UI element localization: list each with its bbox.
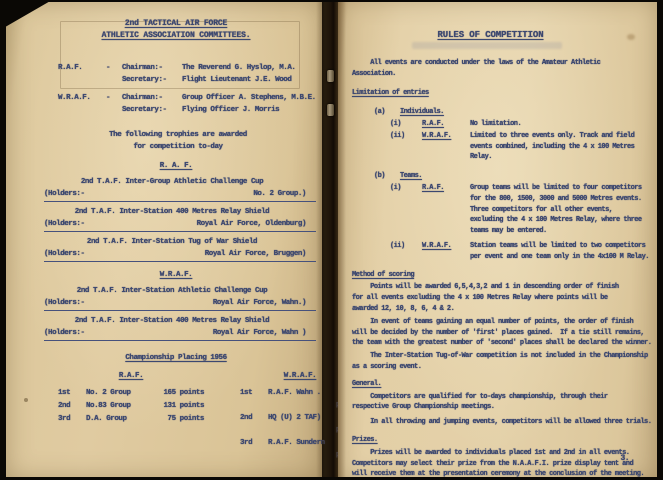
- holders-value: Royal Air Force, Wahn.): [213, 297, 306, 309]
- staple-icon: [327, 70, 334, 82]
- trophy-entry: 2nd T.A.F. Inter-Group Athletic Challeng…: [6, 176, 322, 202]
- holders-label: (Holders:-: [44, 327, 85, 339]
- trophy-holders-line: (Holders:- Royal Air Force, Wahn.): [44, 297, 316, 311]
- item-number: (i): [390, 119, 422, 130]
- general-paragraph-1: Competitors are qualified for to-days ch…: [352, 392, 649, 414]
- right-page: RULES OF COMPETITION All events are cond…: [338, 0, 657, 480]
- rules-intro: All events are conducted under the laws …: [352, 58, 649, 80]
- method-paragraph-3: The Inter-Station Tug-of-War competition…: [352, 351, 649, 373]
- committees-section: R.A.F. - Chairman:- The Reverend G. Hysl…: [6, 62, 322, 116]
- trophy-entry: 2nd T.A.F. Inter-Station Tug of War Shie…: [6, 236, 322, 262]
- item-number: (i): [390, 183, 422, 194]
- holders-value: Royal Air Force, Oldenburg): [197, 218, 306, 230]
- holders-label: (Holders:-: [44, 297, 85, 309]
- method-paragraph-2: In event of teams gaining an equal numbe…: [352, 317, 649, 349]
- holders-label: (Holders:-: [44, 188, 85, 200]
- page-number: 3.: [620, 454, 629, 465]
- committee-block-raf: R.A.F. - Chairman:- The Reverend G. Hysl…: [58, 62, 322, 86]
- trophy-holders-line: (Holders:- Royal Air Force, Oldenburg): [44, 218, 316, 232]
- item-org: W.R.A.F.: [422, 132, 451, 140]
- scan-edge: [659, 0, 663, 480]
- section-individuals: (a) Individuals. (i) R.A.F. No limitatio…: [352, 107, 649, 163]
- placing-table: R.A.F. 1st No. 2 Group 165 points 2nd No…: [6, 370, 322, 461]
- holders-value: No. 2 Group.): [253, 188, 306, 200]
- clause-label-row: (b) Teams.: [374, 171, 649, 182]
- clause-item: (ii) W.R.A.F. Limited to three events on…: [390, 131, 649, 163]
- prizes-paragraph-1: Prizes will be awarded to individuals pl…: [352, 448, 649, 480]
- placing-pos: 1st: [240, 387, 268, 411]
- placing-heading: Championship Placing 1956: [18, 352, 334, 364]
- placing-points: 165 points: [154, 387, 204, 399]
- left-page-header: 2nd TACTICAL AIR FORCE ATHLETIC ASSOCIAT…: [18, 18, 334, 42]
- committee-org: R.A.F.: [58, 62, 106, 74]
- trophy-entry: 2nd T.A.F. Inter-Station Athletic Challe…: [6, 285, 322, 311]
- document-title-line2: ATHLETIC ASSOCIATION COMMITTEES.: [102, 31, 251, 40]
- prizes-heading: Prizes.: [352, 436, 378, 444]
- placing-pos: 3rd: [58, 413, 86, 425]
- committee-org: W.R.A.F.: [58, 92, 106, 104]
- holders-value: Royal Air Force, Bruggen): [205, 248, 306, 260]
- scanned-book-spread: 2nd TACTICAL AIR FORCE ATHLETIC ASSOCIAT…: [0, 0, 663, 480]
- general-paragraph-2: In all throwing and jumping events, comp…: [352, 417, 649, 428]
- holders-label: (Holders:-: [44, 218, 85, 230]
- trophy-name: 2nd T.A.F. Inter-Station Tug of War Shie…: [14, 236, 330, 248]
- item-org: W.R.A.F.: [422, 242, 451, 250]
- trophies-intro-line1: The following trophies are awarded: [20, 129, 336, 141]
- committee-role: Chairman:-: [122, 92, 182, 104]
- limitation-heading: Limitation of entries: [352, 88, 429, 99]
- staple-icon: [327, 104, 334, 116]
- item-text: Group teams will be limited to four comp…: [470, 183, 649, 237]
- general-heading: General.: [352, 380, 381, 388]
- committee-dash: -: [106, 92, 122, 104]
- placing-raf-rows: 1st No. 2 Group 165 points 2nd No.83 Gro…: [58, 387, 204, 425]
- clause-item: (ii) W.R.A.F. Station teams will be limi…: [390, 241, 649, 263]
- committee-name: Flying Officer J. Morris: [182, 104, 322, 116]
- trophy-name: 2nd T.A.F. Inter-Station 400 Metres Rela…: [14, 206, 330, 218]
- item-number: (ii): [390, 241, 422, 252]
- method-paragraph-1: Points will be awarded 6,5,4,3,2 and 1 i…: [352, 282, 649, 314]
- committee-role: Chairman:-: [122, 62, 182, 74]
- trophy-name: 2nd T.A.F. Inter-Station Athletic Challe…: [14, 285, 330, 297]
- committee-dash: -: [106, 62, 122, 74]
- placing-team: No.83 Group: [86, 400, 154, 412]
- trophy-holders-line: (Holders:- Royal Air Force, Bruggen): [44, 248, 316, 262]
- clause-item: (i) R.A.F. No limitation.: [390, 119, 649, 130]
- item-text: Station teams will be limited to two com…: [470, 241, 649, 263]
- trophy-holders-line: (Holders:- No. 2 Group.): [44, 188, 316, 202]
- placing-pos: 3rd: [240, 437, 268, 461]
- placing-team: D.A. Group: [86, 413, 154, 425]
- trophy-name: 2nd T.A.F. Inter-Station 400 Metres Rela…: [14, 315, 330, 327]
- placing-team: No. 2 Group: [86, 387, 154, 399]
- committee-name: The Reverend G. Hyslop, M.A.: [182, 62, 322, 74]
- clause-item: (i) R.A.F. Group teams will be limited t…: [390, 183, 649, 237]
- trophy-entry: 2nd T.A.F. Inter-Station 400 Metres Rela…: [6, 206, 322, 232]
- document-title-line1: 2nd TACTICAL AIR FORCE: [125, 19, 227, 28]
- item-text: No limitation.: [470, 119, 649, 130]
- section-teams: (b) Teams. (i) R.A.F. Group teams will b…: [352, 171, 649, 262]
- show-through-ghost: [412, 42, 562, 49]
- item-text: Limited to three events only. Track and …: [470, 131, 649, 163]
- trophy-holders-line: (Holders:- Royal Air Force, Wahn ): [44, 327, 316, 341]
- placing-raf-header: R.A.F.: [58, 370, 204, 382]
- method-heading: Method of scoring: [352, 271, 414, 279]
- rules-title: RULES OF COMPETITION: [342, 30, 639, 49]
- book-gutter: [316, 0, 346, 480]
- clause-heading: Teams.: [400, 172, 422, 180]
- holders-label: (Holders:-: [44, 248, 85, 260]
- committee-name: Flight Lieutenant J.E. Wood: [182, 74, 322, 86]
- item-number: (ii): [390, 131, 422, 142]
- trophies-intro: The following trophies are awarded for c…: [20, 129, 336, 153]
- holders-value: Royal Air Force, Wahn ): [213, 327, 306, 339]
- clause-letter: (b): [374, 171, 400, 182]
- left-page: 2nd TACTICAL AIR FORCE ATHLETIC ASSOCIAT…: [6, 0, 322, 480]
- placing-points: 131 points: [154, 400, 204, 412]
- clause-letter: (a): [374, 107, 400, 118]
- clause-heading: Individuals.: [400, 108, 444, 116]
- clause-label-row: (a) Individuals.: [374, 107, 649, 118]
- committee-block-wraf: W.R.A.F. - Chairman:- Group Officer A. S…: [58, 92, 322, 116]
- committee-role: Secretary:-: [122, 74, 182, 86]
- placing-points: 75 points: [154, 413, 204, 425]
- trophy-name: 2nd T.A.F. Inter-Group Athletic Challeng…: [14, 176, 330, 188]
- scan-edge: [0, 0, 663, 2]
- trophy-entry: 2nd T.A.F. Inter-Station 400 Metres Rela…: [6, 315, 322, 341]
- placing-pos: 2nd: [58, 400, 86, 412]
- raf-trophies-heading: R. A. F.: [18, 160, 334, 172]
- wraf-trophies-heading: W.R.A.F.: [18, 269, 334, 281]
- placing-pos: 2nd: [240, 412, 268, 436]
- trophies-intro-line2: for competition to-day: [20, 141, 336, 153]
- item-org: R.A.F.: [422, 120, 444, 128]
- item-org: R.A.F.: [422, 184, 444, 192]
- committee-name: Group Officer A. Stephens, M.B.E.: [182, 92, 322, 104]
- placing-pos: 1st: [58, 387, 86, 399]
- placing-column-raf: R.A.F. 1st No. 2 Group 165 points 2nd No…: [58, 370, 204, 461]
- committee-role: Secretary:-: [122, 104, 182, 116]
